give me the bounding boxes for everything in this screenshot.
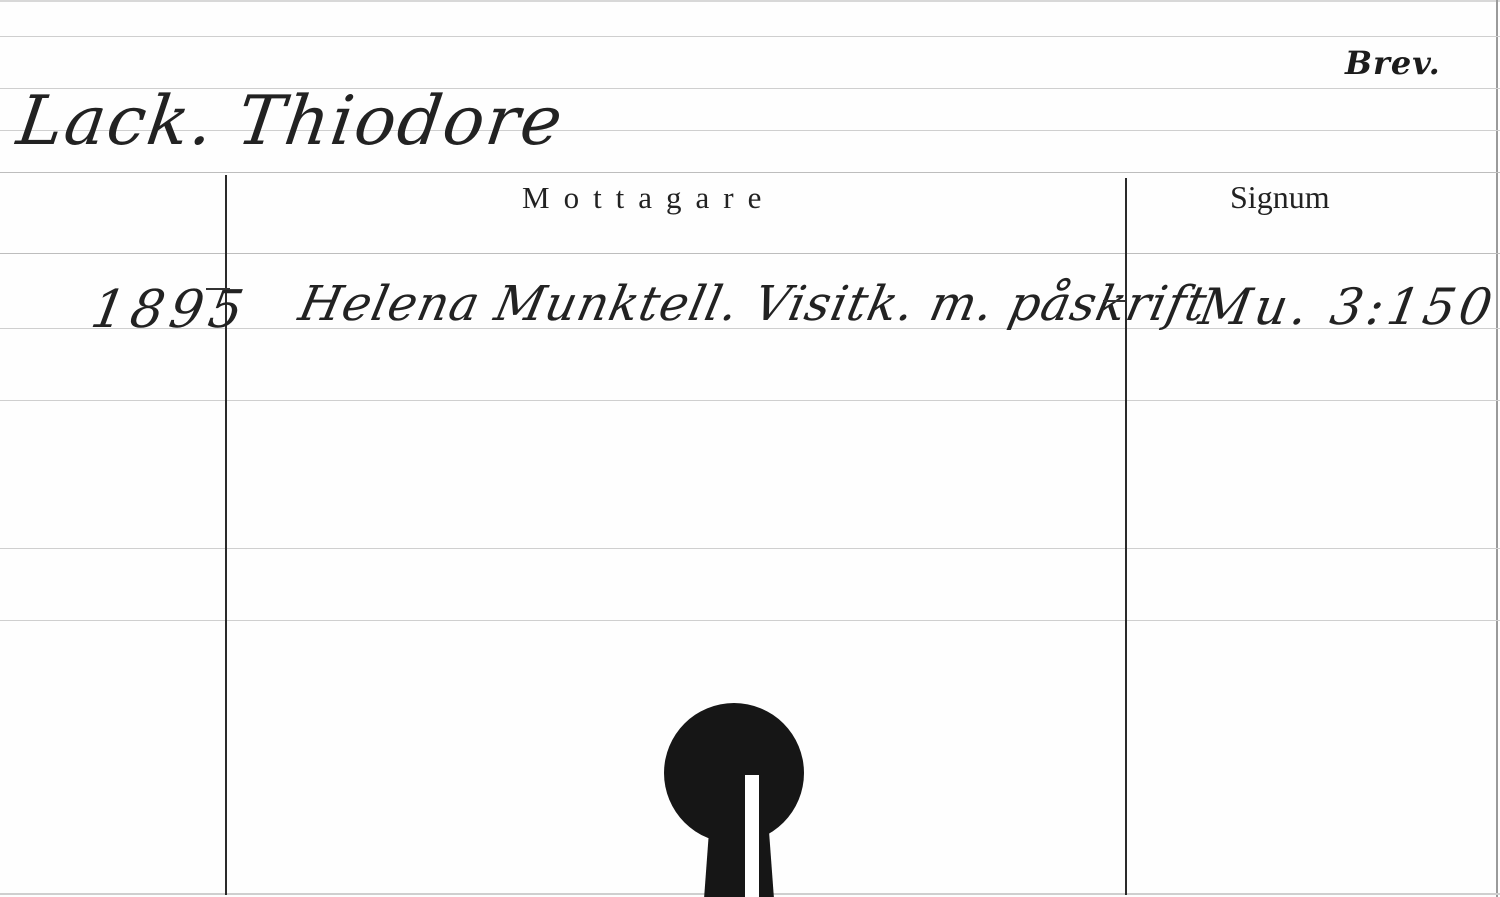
ruled-line <box>0 36 1500 37</box>
entry-signum: Mu. 3:150 <box>1195 278 1500 336</box>
year-dash <box>206 288 230 290</box>
card-category: Brev. <box>1345 44 1441 82</box>
card-top-edge <box>0 0 1500 2</box>
recipient-column-header: Mottagare <box>522 180 775 216</box>
recipient-dash <box>1103 300 1125 302</box>
index-card: Brev. Lack. Thiodore Mottagare Signum 18… <box>0 0 1500 897</box>
card-name-heading: Lack. Thiodore <box>12 82 568 161</box>
header-rule <box>0 172 1500 173</box>
card-punch-hole-icon <box>664 703 804 897</box>
signum-column-header: Signum <box>1230 179 1330 216</box>
entry-recipient: Helena Munktell. Visitk. m. påskrift <box>294 276 1212 332</box>
card-right-edge <box>1496 0 1498 897</box>
